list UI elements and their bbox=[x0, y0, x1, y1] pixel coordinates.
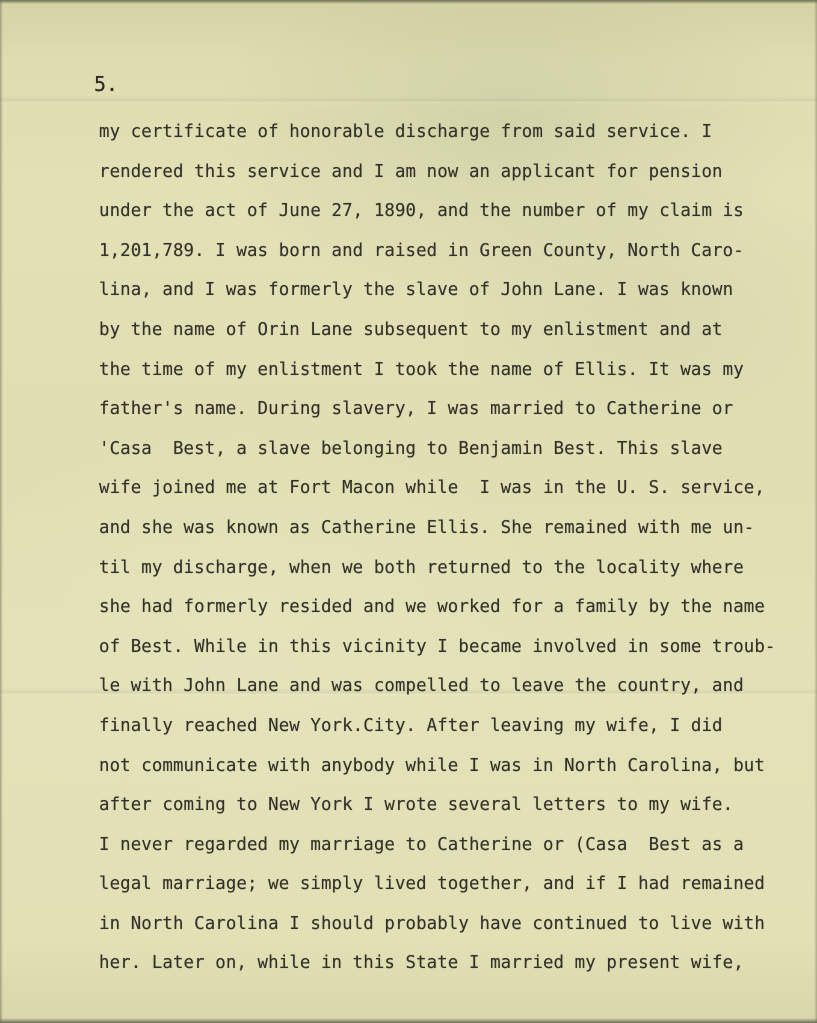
scan-edge-left bbox=[0, 0, 3, 1023]
text-line: lina, and I was formerly the slave of Jo… bbox=[99, 271, 789, 311]
text-line: in North Carolina I should probably have… bbox=[99, 905, 789, 945]
text-line: legal marriage; we simply lived together… bbox=[99, 865, 789, 905]
scanned-document-page: 5. my certificate of honorable discharge… bbox=[0, 0, 817, 1023]
text-line: after coming to New York I wrote several… bbox=[99, 786, 789, 826]
text-line: rendered this service and I am now an ap… bbox=[99, 153, 789, 193]
text-line: le with John Lane and was compelled to l… bbox=[99, 667, 789, 707]
typewritten-text-block: my certificate of honorable discharge fr… bbox=[99, 113, 789, 984]
text-line: 1,201,789. I was born and raised in Gree… bbox=[99, 232, 789, 272]
text-line: finally reached New York.City. After lea… bbox=[99, 707, 789, 747]
text-line: the time of my enlistment I took the nam… bbox=[99, 351, 789, 391]
text-line: til my discharge, when we both returned … bbox=[99, 549, 789, 589]
text-line: her. Later on, while in this State I mar… bbox=[99, 944, 789, 984]
text-line: and she was known as Catherine Ellis. Sh… bbox=[99, 509, 789, 549]
scan-edge-top bbox=[0, 0, 817, 4]
text-line: my certificate of honorable discharge fr… bbox=[99, 113, 789, 153]
text-line: not communicate with anybody while I was… bbox=[99, 747, 789, 787]
text-line: by the name of Orin Lane subsequent to m… bbox=[99, 311, 789, 351]
text-line: 'Casa Best, a slave belonging to Benjami… bbox=[99, 430, 789, 470]
paper-crease bbox=[0, 96, 817, 106]
text-line: I never regarded my marriage to Catherin… bbox=[99, 826, 789, 866]
text-line: father's name. During slavery, I was mar… bbox=[99, 390, 789, 430]
text-line: of Best. While in this vicinity I became… bbox=[99, 628, 789, 668]
text-line: she had formerly resided and we worked f… bbox=[99, 588, 789, 628]
page-number: 5. bbox=[94, 72, 118, 96]
scan-edge-bottom bbox=[0, 1018, 817, 1023]
text-line: under the act of June 27, 1890, and the … bbox=[99, 192, 789, 232]
text-line: wife joined me at Fort Macon while I was… bbox=[99, 469, 789, 509]
